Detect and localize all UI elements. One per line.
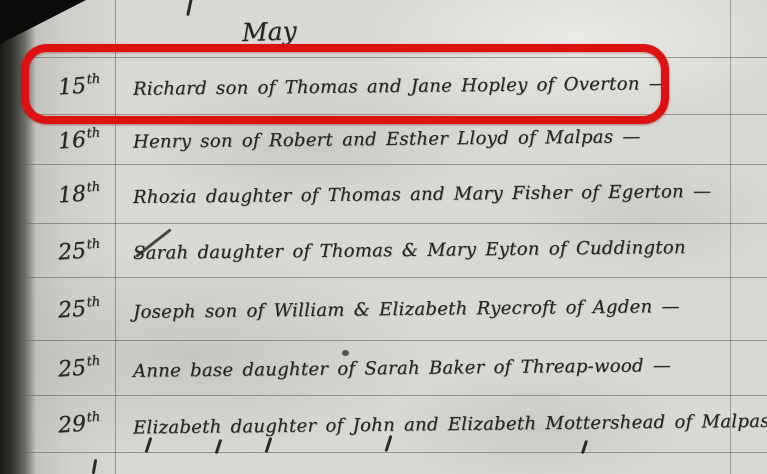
register-row-18th: 18th Rhozia daughter of Thomas and Mary …: [0, 165, 767, 224]
entry-date: 29th: [58, 410, 102, 439]
entry-text-cell: Joseph son of William & Elizabeth Ryecro…: [115, 278, 767, 340]
entry-date: 18th: [58, 180, 102, 209]
entry-text-cell: Anne base daughter of Sarah Baker of Thr…: [115, 341, 767, 395]
entry-text: Elizabeth daughter of John and Elizabeth…: [133, 410, 767, 438]
entry-text-cell: Rhozia daughter of Thomas and Mary Fishe…: [115, 165, 767, 223]
partial-next-row: [0, 453, 767, 474]
entry-text: Rhozia daughter of Thomas and Mary Fishe…: [133, 180, 711, 207]
ink-mark: [342, 350, 349, 356]
entry-text: Joseph son of William & Elizabeth Ryecro…: [133, 296, 680, 323]
entry-date: 25th: [58, 236, 102, 265]
highlight-box: [21, 44, 669, 124]
entry-text: Henry son of Robert and Esther Lloyd of …: [133, 126, 641, 152]
entry-date: 25th: [58, 354, 102, 383]
register-page: May 15th Richard son of Thomas and Jane …: [0, 0, 767, 474]
entry-text: Anne base daughter of Sarah Baker of Thr…: [133, 355, 671, 382]
entry-text-cell: Elizabeth daughter of John and Elizabeth…: [115, 396, 767, 452]
entry-date: 16th: [58, 125, 102, 154]
register-row-25th-joseph: 25th Joseph son of William & Elizabeth R…: [0, 278, 767, 341]
scan-corner-shadow: [0, 0, 86, 44]
entry-text-cell: Sarah daughter of Thomas & Mary Eyton of…: [115, 224, 767, 277]
register-row-25th-sarah: 25th Sarah daughter of Thomas & Mary Eyt…: [0, 224, 767, 278]
entry-date: 25th: [58, 295, 102, 324]
register-row-25th-anne: 25th Anne base daughter of Sarah Baker o…: [0, 341, 767, 396]
entry-text: Sarah daughter of Thomas & Mary Eyton of…: [133, 237, 686, 264]
register-row-29th: 29th Elizabeth daughter of John and Eliz…: [0, 396, 767, 453]
